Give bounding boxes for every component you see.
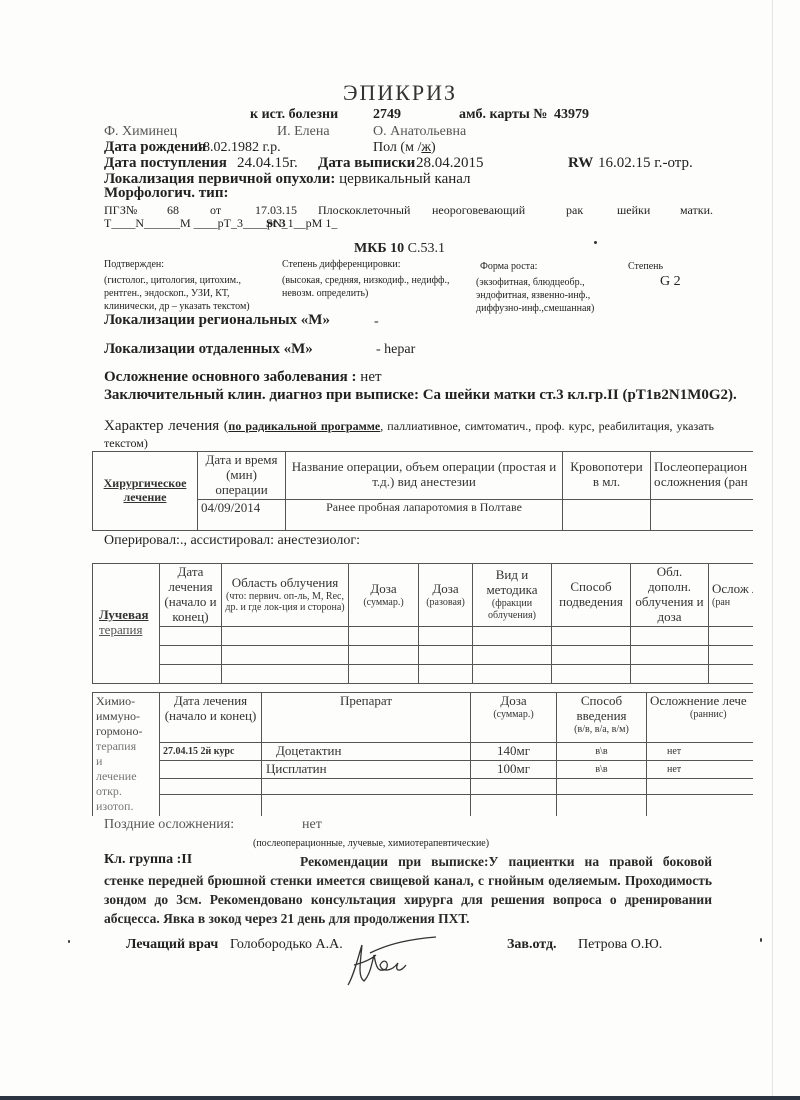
final-diagnosis-value: Са шейки матки ст.3 кл.гр.II (pT1в2N1M0G… <box>423 387 737 403</box>
surgery-header-operation: Название операции, объем операции (прост… <box>286 452 563 500</box>
radiation-header-delivery: Способ подведения <box>552 564 631 627</box>
chemo-header-complication: Осложнение лече(раннис) <box>647 693 754 743</box>
morphology-word-5: матки. <box>680 203 713 218</box>
chemo-cell-route: в\в <box>557 743 647 761</box>
table-row <box>93 794 754 816</box>
morphology-word-2: неороговевающий <box>432 203 525 218</box>
tnm-line: T____N______M ____pT_3____pN_1__pM 1_ <box>104 216 337 231</box>
chemo-cell-dose: 140мг <box>471 743 557 761</box>
recommendations-block: Рекомендации при выписке:У пациентки на … <box>104 852 712 928</box>
chemo-header-dose: Доза(суммар.) <box>471 693 557 743</box>
chemo-table-clip: Химио- иммуно- гормоно- терапия и лечени… <box>92 692 753 816</box>
head-of-department-label: Зав.отд. <box>507 937 557 953</box>
patient-surname: Ф. Химинец <box>104 124 177 140</box>
discharge-date: 28.04.2015 <box>416 155 484 172</box>
admission-label: Дата поступления <box>104 155 227 172</box>
scan-speck <box>594 241 597 244</box>
sex-field: Пол (м /ж) <box>373 140 436 156</box>
radiation-header-area: Область облучения(что: первич. оп-ль, М,… <box>222 564 349 627</box>
attending-doctor-label: Лечащий врач <box>126 937 218 953</box>
treatment-character-label: Характер лечения <box>104 418 219 434</box>
stage-value: St 3 <box>266 216 286 231</box>
scan-page-edge <box>772 0 773 1100</box>
icd-line: МКБ 10 C.53.1 <box>354 241 445 257</box>
complication-value: нет <box>360 369 381 385</box>
signature-icon <box>340 935 440 990</box>
scan-speck <box>68 940 70 943</box>
confirmed-options: (гистолог., цитология, цитохим., рентген… <box>104 274 264 313</box>
document-title: ЭПИКРИЗ <box>0 80 800 106</box>
radiation-header-dose-total: Доза(суммар.) <box>349 564 419 627</box>
outpatient-card-label: амб. карты № <box>459 107 547 123</box>
morphology-label: Морфологич. тип: <box>104 185 228 202</box>
distant-m-value: - hepar <box>376 342 415 358</box>
morphology-word-4: шейки <box>617 203 650 218</box>
radiation-header-complications: Ослож лече(ран <box>709 564 754 627</box>
surgery-cell-operation: Ранее пробная лапаротомия в Полтаве <box>286 499 563 530</box>
chemo-section-label: Химио- иммуно- гормоно- терапия и лечени… <box>93 693 160 817</box>
surgery-section-label: Хирургическое лечение <box>93 452 198 531</box>
radiation-table: Лучевая терапия Дата лечения (начало и к… <box>92 563 753 684</box>
chemo-cell-drug: Цисплатин <box>262 760 471 778</box>
patient-name: И. Елена <box>277 124 330 140</box>
chemo-cell-route: в\в <box>557 760 647 778</box>
surgery-header-blood-loss: Кровопотери в мл. <box>563 452 651 500</box>
surgery-header-complications: Послеоперацион осложнения (ран <box>651 452 754 500</box>
surgery-table-clip: Хирургическое лечение Дата и время (мин)… <box>92 451 753 531</box>
grade-label: Степень <box>628 261 663 272</box>
complication-label: Осложнение основного заболевания : <box>104 369 357 385</box>
scan-speck <box>760 938 762 942</box>
chemo-cell-date: 27.04.15 2й курс <box>160 743 262 761</box>
case-history-label: к ист. болезни <box>250 107 338 123</box>
chemo-cell-dose: 100мг <box>471 760 557 778</box>
surgery-cell-complications <box>651 499 754 530</box>
outpatient-card-number: 43979 <box>554 107 589 123</box>
chemo-header-route: Способ введения(в/в, в/а, в/м) <box>557 693 647 743</box>
radiation-header-additional: Обл. дополн. облучения и доза <box>631 564 709 627</box>
surgery-cell-date: 04/09/2014 <box>198 499 286 530</box>
chemo-cell-complication: нет <box>647 743 754 761</box>
surgery-cell-blood-loss <box>563 499 651 530</box>
surgery-staff-line: Оперировал:., ассистировал: анестезиолог… <box>104 533 360 549</box>
confirmed-label: Подтвержден: <box>104 259 164 270</box>
icd-label: МКБ 10 <box>354 241 404 256</box>
grade-value: G 2 <box>660 274 681 290</box>
radiation-table-clip: Лучевая терапия Дата лечения (начало и к… <box>92 563 753 684</box>
regional-m-label: Локализации региональных «М» <box>104 312 330 329</box>
discharge-label: Дата выписки <box>318 155 415 172</box>
radiation-header-dose-single: Доза(разовая) <box>419 564 473 627</box>
sex-options: (м / <box>400 140 421 155</box>
chemo-cell-drug: Доцетактин <box>262 743 471 761</box>
surgery-table: Хирургическое лечение Дата и время (мин)… <box>92 451 753 531</box>
attending-doctor-name: Голобородько А.А. <box>230 937 343 953</box>
radiation-label-line-1: Лучевая <box>99 608 156 623</box>
sex-label: Пол <box>373 140 397 155</box>
birth-date-value: 18.02.1982 г.р. <box>196 140 281 156</box>
differentiation-options: (высокая, средняя, низкодиф., недифф., н… <box>282 274 462 300</box>
head-of-department-name: Петрова О.Ю. <box>578 937 662 953</box>
recommendations-label: Рекомендации при выписке: <box>300 854 489 869</box>
radiation-label-line-2: терапия <box>99 623 156 638</box>
table-row <box>93 664 754 683</box>
distant-m-label: Локализации отдаленных «М» <box>104 341 313 358</box>
chemo-header-date: Дата лечения (начало и конец) <box>160 693 262 743</box>
radiation-header-method: Вид и методика(фракции облучения) <box>473 564 552 627</box>
chemo-cell-complication: нет <box>647 760 754 778</box>
primary-tumor-value: цервикальный канал <box>339 171 470 187</box>
treatment-character-selected: по радикальной программе <box>228 419 380 433</box>
differentiation-label: Степень дифференцировки: <box>282 259 401 270</box>
regional-m-value: - <box>374 314 379 330</box>
complication-line: Осложнение основного заболевания : нет <box>104 369 382 386</box>
final-diagnosis-line: Заключительный клин. диагноз при выписке… <box>104 387 737 404</box>
table-row <box>93 645 754 664</box>
table-row: 27.04.15 2й курс Доцетактин 140мг в\в не… <box>93 743 754 761</box>
birth-date-label: Дата рождения <box>104 139 206 156</box>
case-history-number: 2749 <box>373 107 401 123</box>
morphology-word-3: рак <box>566 203 583 218</box>
icd-code: C.53.1 <box>408 241 445 256</box>
treatment-character: Характер лечения (по радикальной програм… <box>104 418 714 452</box>
late-complications-label: Поздние осложнения: <box>104 817 234 833</box>
radiation-header-date: Дата лечения (начало и конец) <box>160 564 222 627</box>
growth-label: Форма роста: <box>480 261 537 272</box>
table-row <box>93 626 754 645</box>
rw-label: RW <box>568 155 593 172</box>
growth-options: (экзофитная, блюдцеобр., эндофитная, язв… <box>476 276 616 315</box>
sex-close: ) <box>431 140 436 155</box>
table-row <box>93 778 754 794</box>
sex-selected: ж <box>421 140 431 155</box>
scan-bottom-edge <box>0 1096 800 1100</box>
late-complications-value: нет <box>302 817 322 833</box>
patient-patronymic: О. Анатольевна <box>373 124 466 140</box>
chemo-cell-date <box>160 760 262 778</box>
chemo-header-drug: Препарат <box>262 693 471 743</box>
surgery-header-date: Дата и время (мин) операции <box>198 452 286 500</box>
radiation-section-label: Лучевая терапия <box>93 564 160 684</box>
rw-value: 16.02.15 г.-отр. <box>598 155 693 172</box>
late-complications-hint: (послеоперационные, лучевые, химиотерапе… <box>253 838 489 849</box>
chemo-table: Химио- иммуно- гормоно- терапия и лечени… <box>92 692 753 816</box>
final-diagnosis-label: Заключительный клин. диагноз при выписке… <box>104 387 419 403</box>
admission-date: 24.04.15г. <box>237 155 298 172</box>
table-row: Цисплатин 100мг в\в нет <box>93 760 754 778</box>
